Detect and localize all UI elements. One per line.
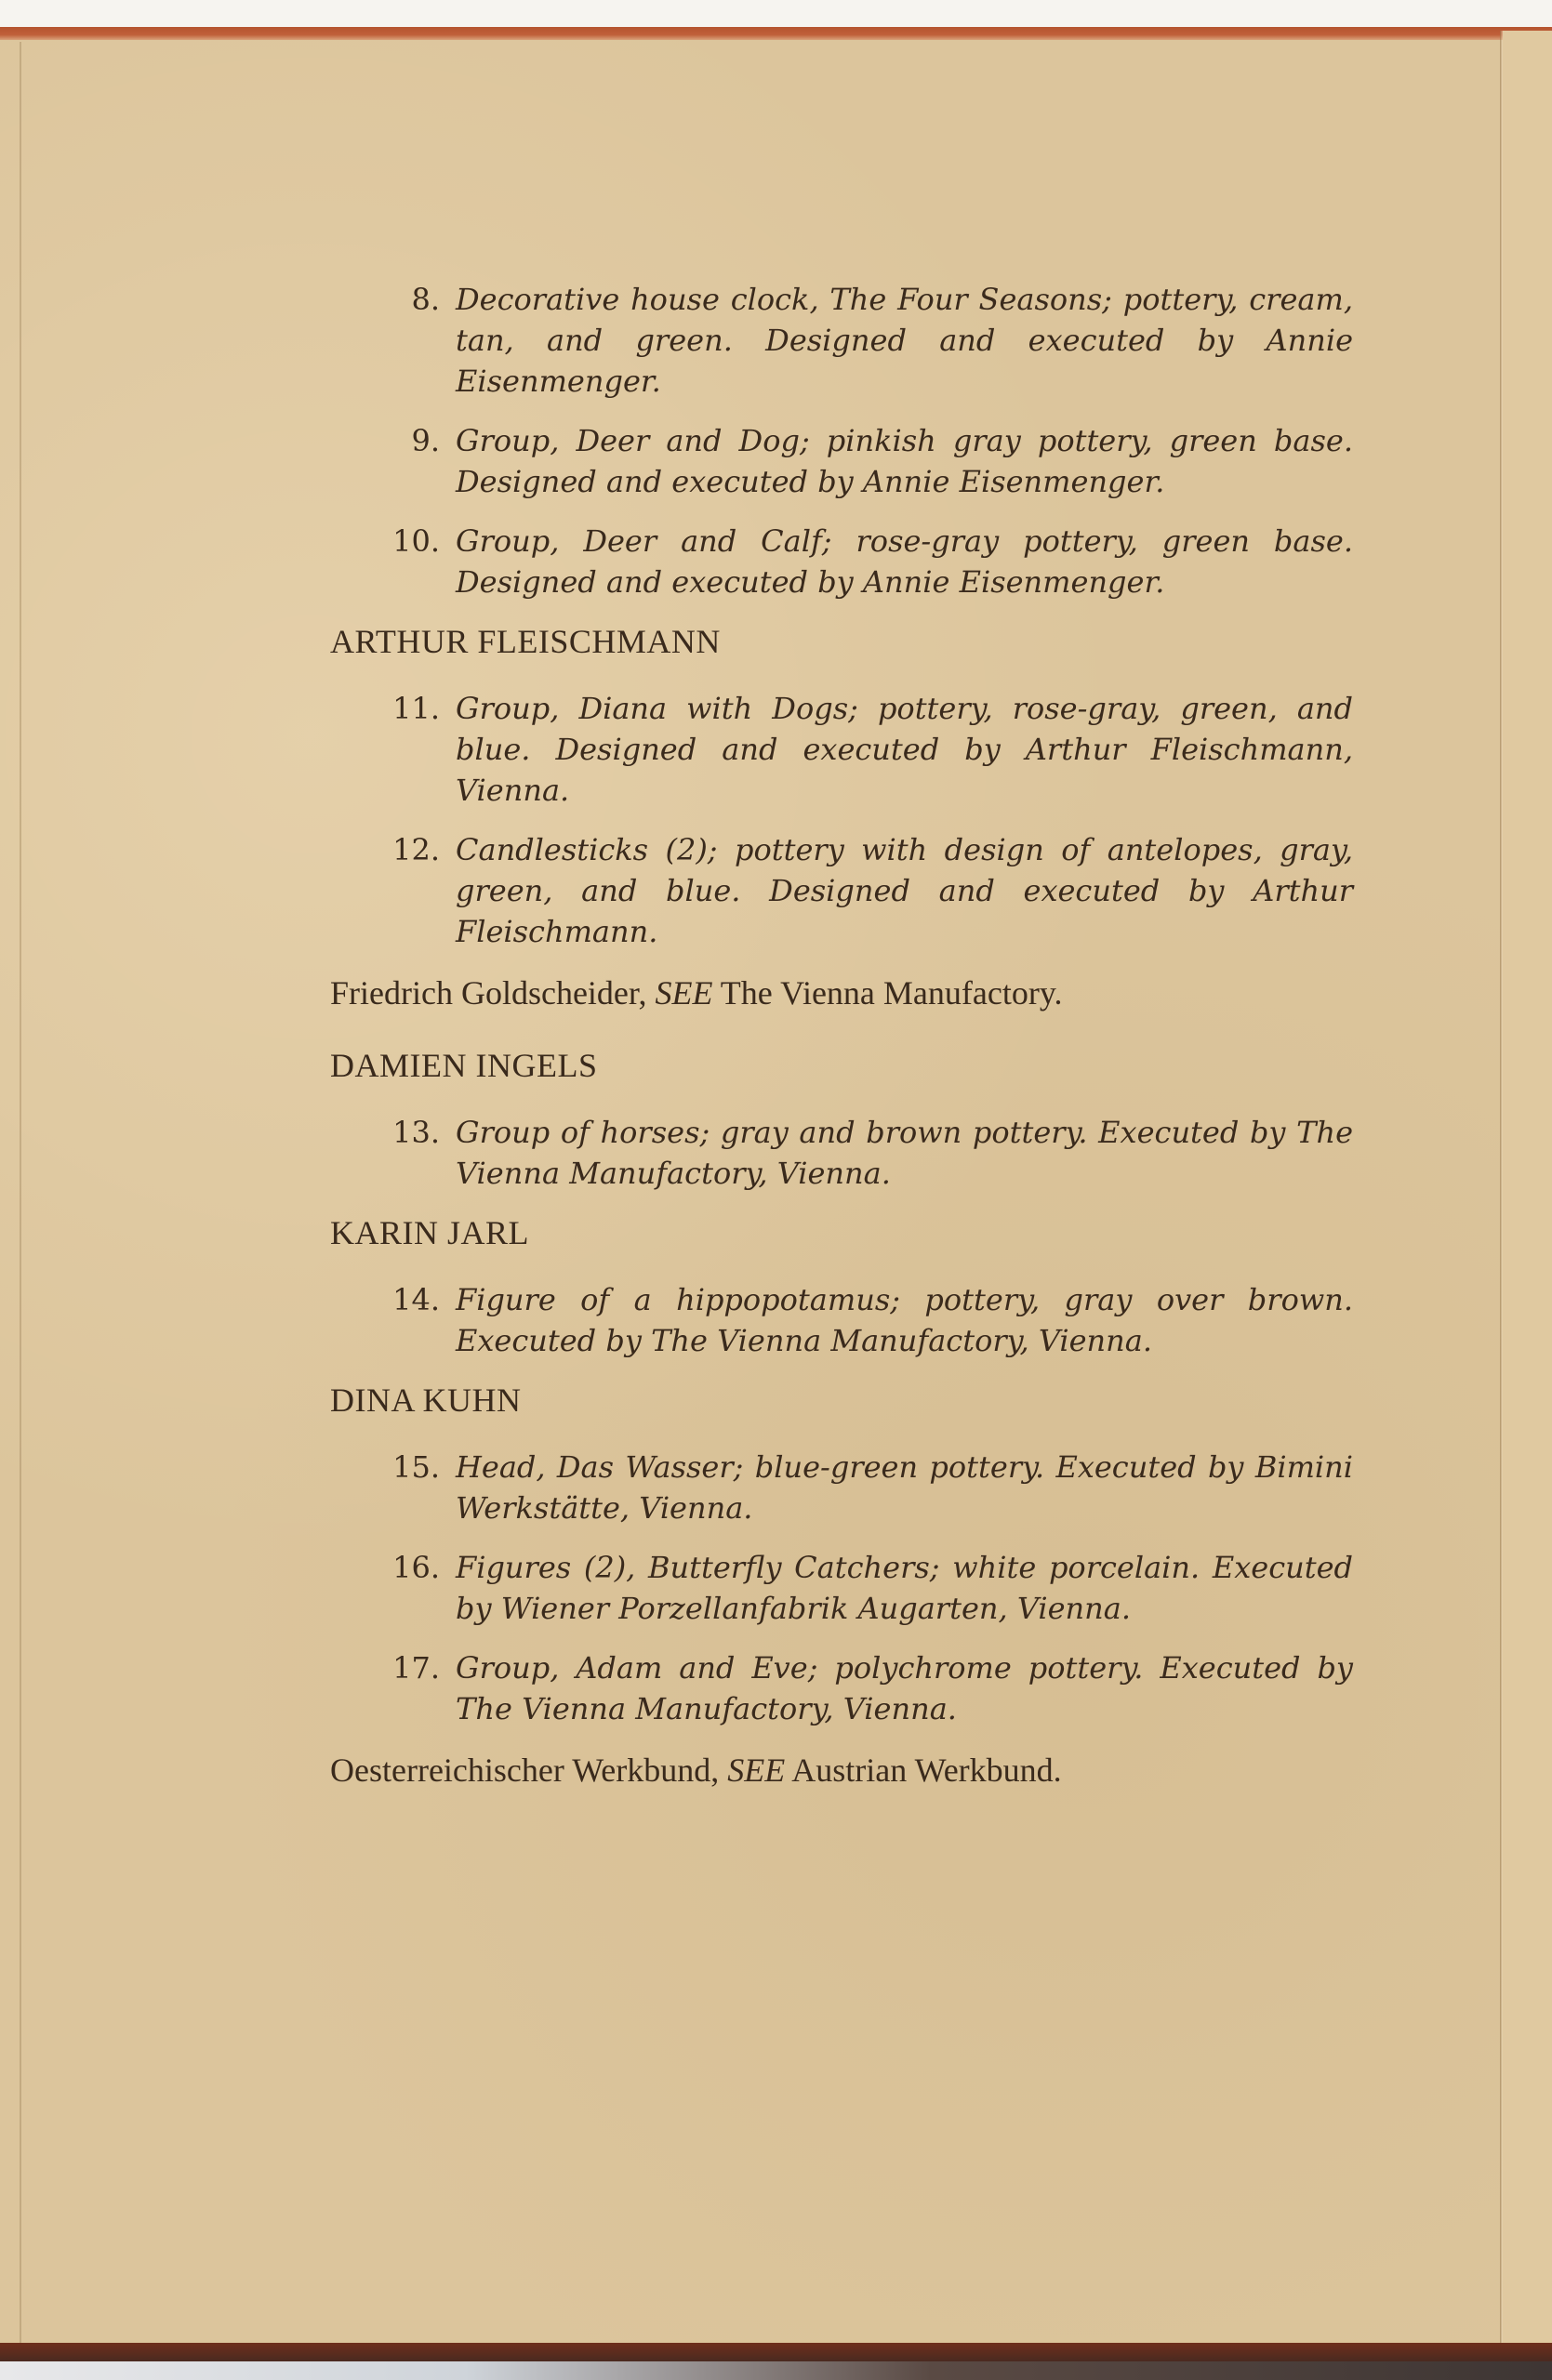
bottom-edge-band <box>0 2343 1552 2361</box>
artist-heading-fleischmann: ARTHUR FLEISCHMANN <box>330 621 1353 662</box>
catalogue-entry-9: 9. Group, Deer and Dog; pinkish gray pot… <box>330 420 1353 502</box>
artist-heading-jarl: KARIN JARL <box>330 1212 1353 1253</box>
xref-target: Austrian Werkbund. <box>785 1752 1061 1789</box>
entry-description: Figures (2), Butterfly Catchers; white p… <box>456 1550 1353 1626</box>
catalogue-entry-11: 11. Group, Diana with Dogs; pottery, ros… <box>330 688 1353 811</box>
entry-number: 17. <box>330 1647 440 1688</box>
artist-heading-ingels: DAMIEN INGELS <box>330 1045 1353 1086</box>
catalogue-entry-13: 13. Group of horses; gray and brown pott… <box>330 1112 1353 1194</box>
entry-number: 12. <box>330 829 440 870</box>
cross-reference-goldscheider: Friedrich Goldscheider, SEE The Vienna M… <box>330 972 1353 1013</box>
left-margin-line <box>20 42 21 2343</box>
catalogue-entry-8: 8. Decorative house clock, The Four Seas… <box>330 279 1353 402</box>
catalogue-entry-14: 14. Figure of a hippopotamus; pottery, g… <box>330 1279 1353 1361</box>
entry-number: 8. <box>330 279 440 320</box>
scanner-bed-edge <box>0 2361 1552 2380</box>
entry-description: Group of horses; gray and brown pottery.… <box>456 1115 1353 1191</box>
top-edge-band <box>0 27 1552 40</box>
entry-description: Group, Diana with Dogs; pottery, rose-gr… <box>456 691 1353 808</box>
catalogue-entry-16: 16. Figures (2), Butterfly Catchers; whi… <box>330 1547 1353 1629</box>
entry-number: 11. <box>330 688 440 729</box>
entry-number: 14. <box>330 1279 440 1320</box>
xref-see: SEE <box>655 974 712 1011</box>
entry-number: 13. <box>330 1112 440 1153</box>
catalogue-entry-10: 10. Group, Deer and Calf; rose-gray pott… <box>330 521 1353 602</box>
catalogue-entry-17: 17. Group, Adam and Eve; polychrome pott… <box>330 1647 1353 1729</box>
xref-name: Oesterreichischer Werkbund, <box>330 1752 727 1789</box>
page-fold-line <box>1500 31 1503 2350</box>
entry-description: Decorative house clock, The Four Seasons… <box>456 282 1353 399</box>
entry-description: Candlesticks (2); pottery with design of… <box>456 832 1353 949</box>
entry-description: Head, Das Wasser; blue-green pottery. Ex… <box>456 1449 1353 1526</box>
entry-description: Figure of a hippopotamus; pottery, gray … <box>456 1282 1353 1358</box>
entry-number: 9. <box>330 420 440 461</box>
entry-description: Group, Deer and Dog; pinkish gray potter… <box>456 423 1353 499</box>
catalogue-text: 8. Decorative house clock, The Four Seas… <box>330 279 1353 1822</box>
entry-description: Group, Deer and Calf; rose-gray pottery,… <box>456 523 1353 600</box>
entry-number: 15. <box>330 1447 440 1487</box>
xref-see: SEE <box>727 1752 785 1789</box>
catalogue-entry-15: 15. Head, Das Wasser; blue-green pottery… <box>330 1447 1353 1528</box>
adjacent-leaf <box>1503 31 1552 2350</box>
xref-name: Friedrich Goldscheider, <box>330 974 655 1011</box>
entry-number: 10. <box>330 521 440 562</box>
entry-description: Group, Adam and Eve; polychrome pottery.… <box>456 1650 1353 1726</box>
xref-target: The Vienna Manufactory. <box>712 974 1062 1011</box>
catalogue-entry-12: 12. Candlesticks (2); pottery with desig… <box>330 829 1353 952</box>
cross-reference-werkbund: Oesterreichischer Werkbund, SEE Austrian… <box>330 1750 1353 1791</box>
entry-number: 16. <box>330 1547 440 1588</box>
scanned-page: 8. Decorative house clock, The Four Seas… <box>0 0 1552 2380</box>
artist-heading-kuhn: DINA KUHN <box>330 1380 1353 1421</box>
